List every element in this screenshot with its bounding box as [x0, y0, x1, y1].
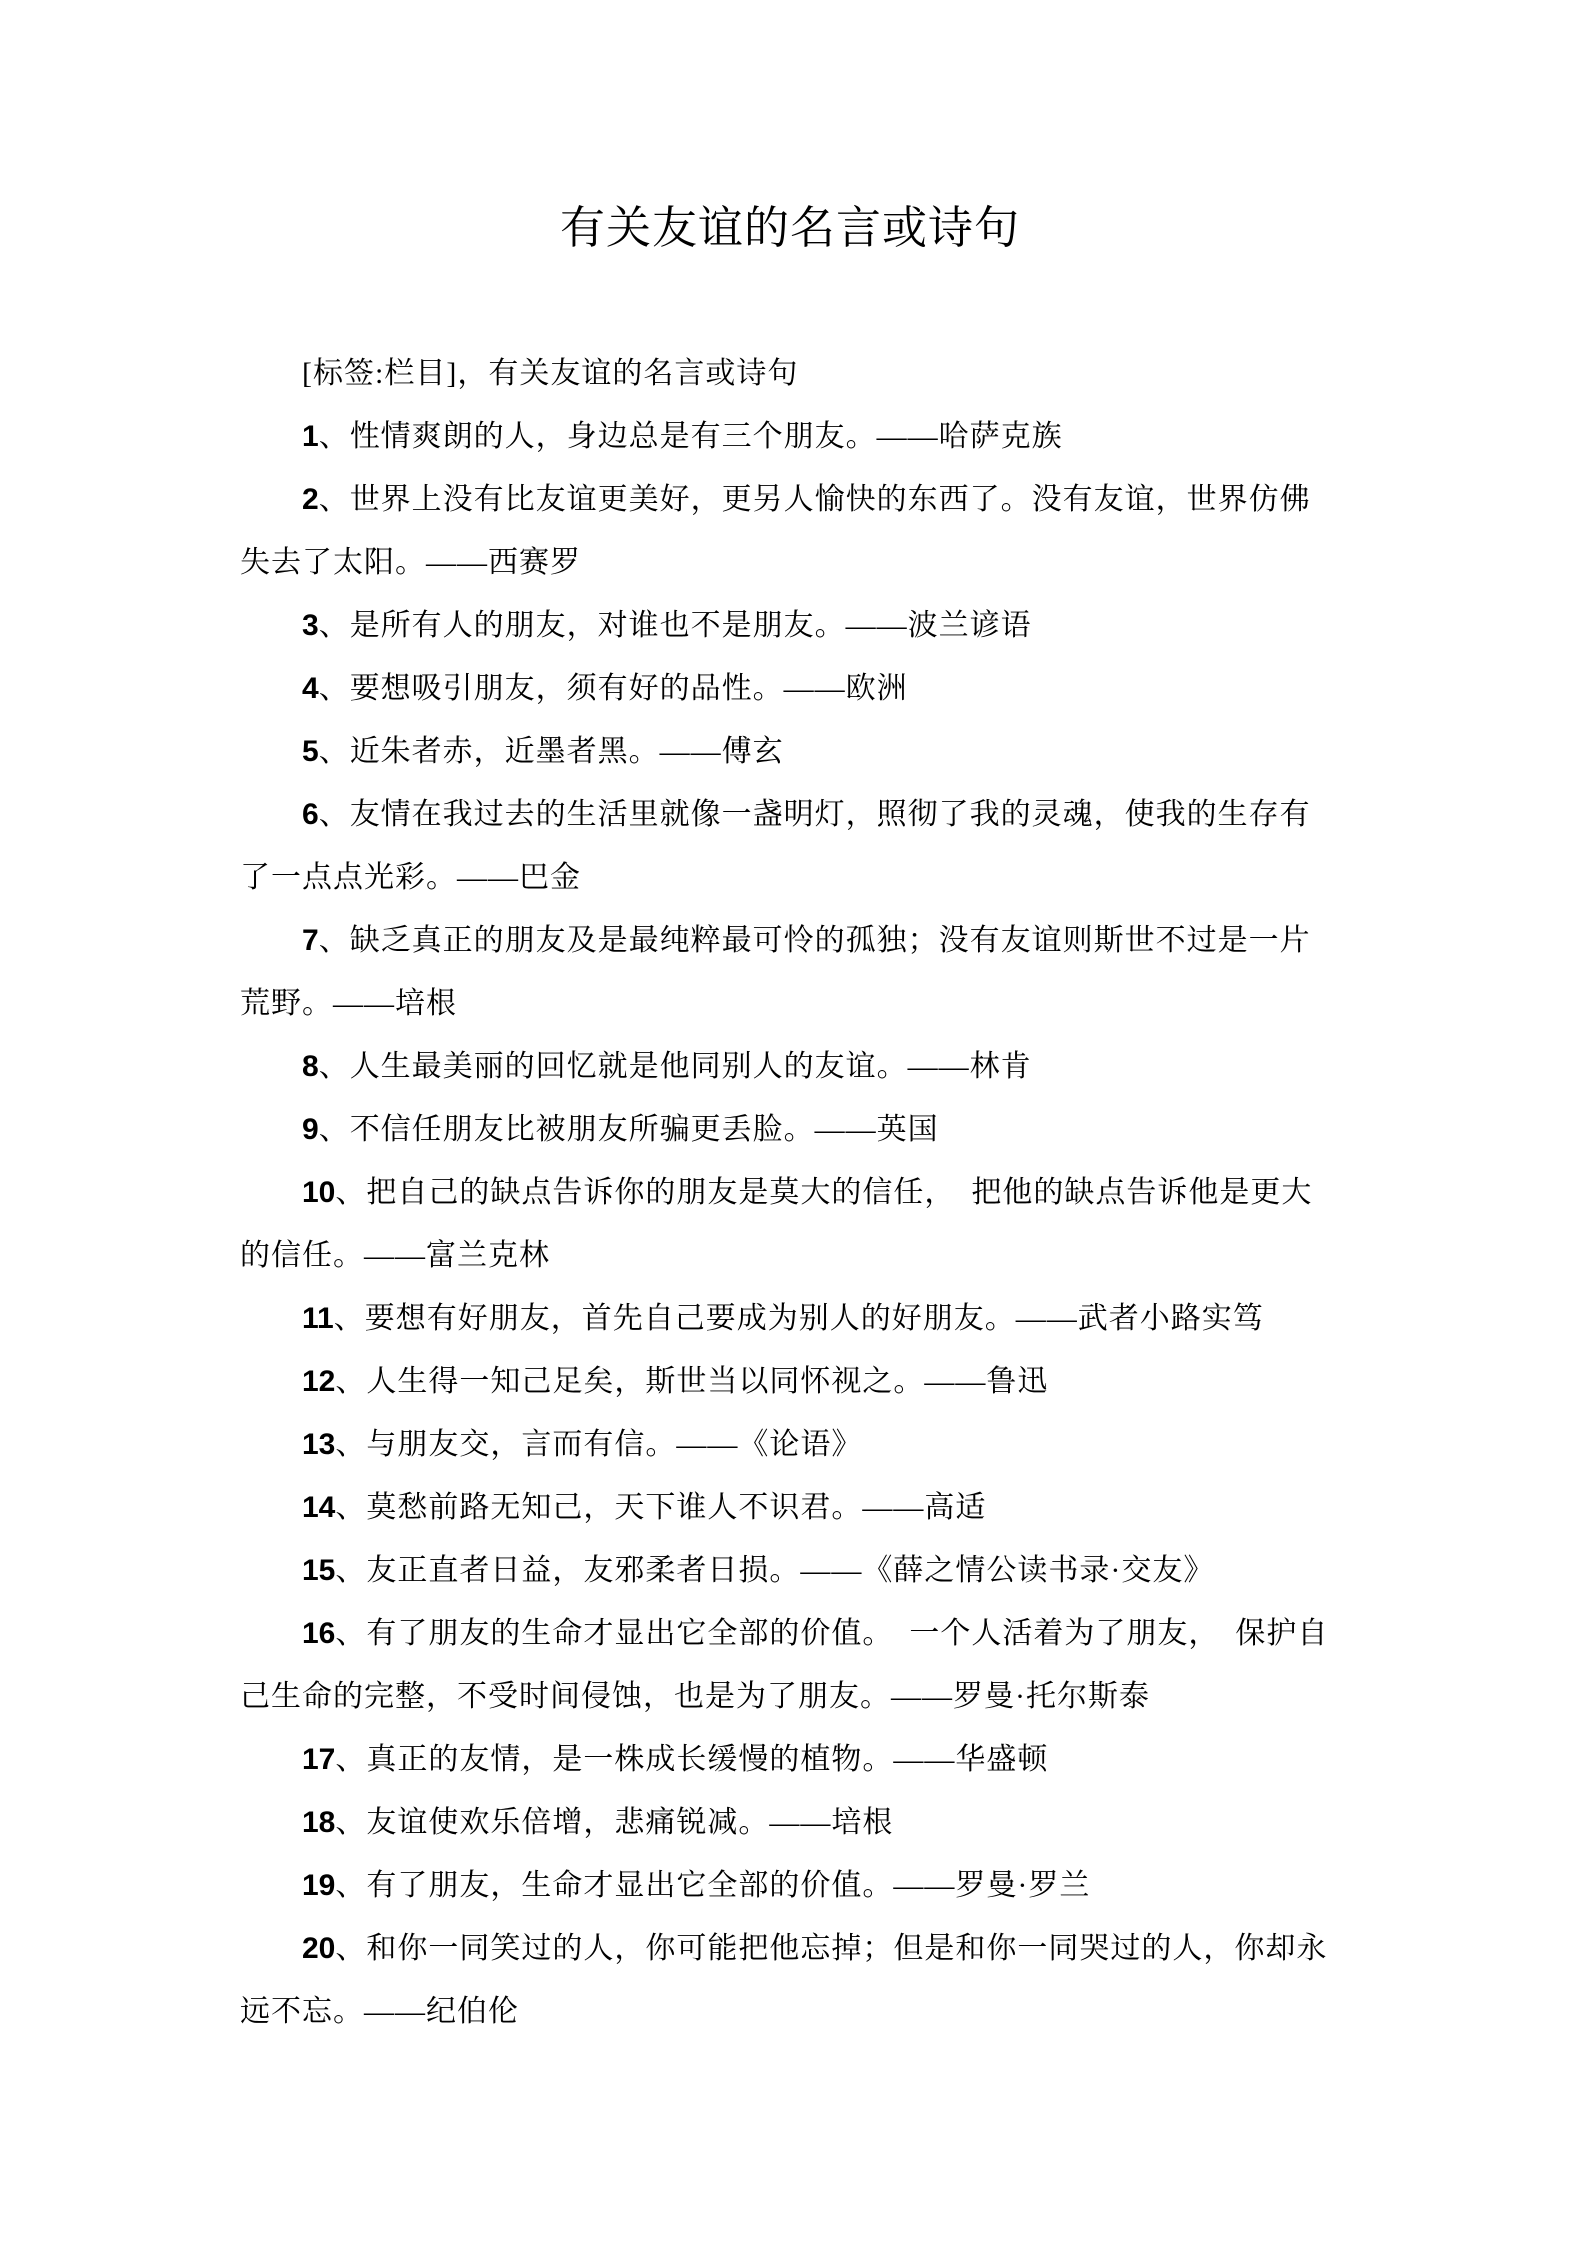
quote-number: 17: [302, 1743, 335, 1776]
quote-item: 5、近朱者赤，近墨者黑。——傅玄: [240, 720, 1340, 783]
quote-text: 真正的友情，是一株成长缓慢的植物。——华盛顿: [366, 1743, 1048, 1776]
quote-text: 是所有人的朋友，对谁也不是朋友。——波兰谚语: [350, 609, 1032, 642]
quote-separator: 、: [335, 1428, 366, 1461]
quote-item: 17、真正的友情，是一株成长缓慢的植物。——华盛顿: [240, 1728, 1340, 1791]
quote-number: 20: [302, 1932, 335, 1965]
quote-item: 10、把自己的缺点告诉你的朋友是莫大的信任， 把他的缺点告诉他是更大的信任。——…: [240, 1161, 1340, 1287]
quote-item: 19、有了朋友，生命才显出它全部的价值。——罗曼·罗兰: [240, 1854, 1340, 1917]
quote-text: 友情在我过去的生活里就像一盏明灯，照彻了我的灵魂，使我的生存有了一点点光彩。——…: [240, 798, 1311, 894]
quote-separator: 、: [335, 1491, 366, 1524]
quote-item: 9、不信任朋友比被朋友所骗更丢脸。——英国: [240, 1098, 1340, 1161]
document-body: 有关友谊的名言或诗句 [标签:栏目]，有关友谊的名言或诗句 1、性情爽朗的人，身…: [0, 0, 1594, 2043]
quote-text: 和你一同笑过的人，你可能把他忘掉；但是和你一同哭过的人，你却永远不忘。——纪伯伦: [240, 1932, 1327, 2028]
document-content: [标签:栏目]，有关友谊的名言或诗句 1、性情爽朗的人，身边总是有三个朋友。——…: [240, 342, 1340, 2043]
quote-separator: 、: [319, 672, 350, 705]
quote-number: 6: [302, 798, 319, 831]
quote-separator: 、: [335, 1176, 366, 1209]
quote-number: 19: [302, 1869, 335, 1902]
quote-item: 15、友正直者日益，友邪柔者日损。——《薛之情公读书录·交友》: [240, 1539, 1340, 1602]
quote-number: 5: [302, 735, 319, 768]
quote-list: 1、性情爽朗的人，身边总是有三个朋友。——哈萨克族 2、世界上没有比友谊更美好，…: [240, 405, 1340, 2043]
quote-number: 4: [302, 672, 319, 705]
quote-text: 有了朋友，生命才显出它全部的价值。——罗曼·罗兰: [366, 1869, 1090, 1902]
quote-separator: 、: [335, 1932, 366, 1965]
quote-separator: 、: [319, 420, 350, 453]
quote-text: 近朱者赤，近墨者黑。——傅玄: [350, 735, 784, 768]
quote-separator: 、: [335, 1869, 366, 1902]
quote-separator: 、: [335, 1743, 366, 1776]
quote-number: 12: [302, 1365, 335, 1398]
quote-item: 8、人生最美丽的回忆就是他同别人的友谊。——林肯: [240, 1035, 1340, 1098]
quote-item: 7、缺乏真正的朋友及是最纯粹最可怜的孤独；没有友谊则斯世不过是一片荒野。——培根: [240, 909, 1340, 1035]
quote-number: 2: [302, 483, 319, 516]
quote-separator: 、: [334, 1302, 365, 1335]
quote-item: 3、是所有人的朋友，对谁也不是朋友。——波兰谚语: [240, 594, 1340, 657]
quote-number: 3: [302, 609, 319, 642]
quote-number: 11: [302, 1302, 334, 1335]
quote-item: 18、友谊使欢乐倍增，悲痛锐减。——培根: [240, 1791, 1340, 1854]
quote-text: 性情爽朗的人，身边总是有三个朋友。——哈萨克族: [350, 420, 1063, 453]
quote-text: 有了朋友的生命才显出它全部的价值。 一个人活着为了朋友， 保护自己生命的完整，不…: [240, 1617, 1328, 1713]
quote-text: 莫愁前路无知己，天下谁人不识君。——高适: [366, 1491, 986, 1524]
quote-item: 12、人生得一知己足矣，斯世当以同怀视之。——鲁迅: [240, 1350, 1340, 1413]
quote-separator: 、: [319, 735, 350, 768]
quote-number: 16: [302, 1617, 335, 1650]
quote-item: 14、莫愁前路无知己，天下谁人不识君。——高适: [240, 1476, 1340, 1539]
quote-separator: 、: [319, 924, 350, 957]
quote-text: 友正直者日益，友邪柔者日损。——《薛之情公读书录·交友》: [366, 1554, 1214, 1587]
quote-text: 要想有好朋友，首先自己要成为别人的好朋友。——武者小路实笃: [365, 1302, 1264, 1335]
quote-item: 4、要想吸引朋友，须有好的品性。——欧洲: [240, 657, 1340, 720]
quote-item: 16、有了朋友的生命才显出它全部的价值。 一个人活着为了朋友， 保护自己生命的完…: [240, 1602, 1340, 1728]
tag-line: [标签:栏目]，有关友谊的名言或诗句: [240, 342, 1340, 405]
quote-text: 世界上没有比友谊更美好，更另人愉快的东西了。没有友谊，世界仿佛失去了太阳。——西…: [240, 483, 1311, 579]
quote-item: 20、和你一同笑过的人，你可能把他忘掉；但是和你一同哭过的人，你却永远不忘。——…: [240, 1917, 1340, 2043]
quote-number: 8: [302, 1050, 319, 1083]
quote-item: 2、世界上没有比友谊更美好，更另人愉快的东西了。没有友谊，世界仿佛失去了太阳。—…: [240, 468, 1340, 594]
quote-separator: 、: [335, 1806, 366, 1839]
quote-number: 7: [302, 924, 319, 957]
quote-separator: 、: [335, 1365, 366, 1398]
quote-number: 13: [302, 1428, 335, 1461]
quote-item: 1、性情爽朗的人，身边总是有三个朋友。——哈萨克族: [240, 405, 1340, 468]
quote-number: 9: [302, 1113, 319, 1146]
quote-number: 1: [302, 420, 319, 453]
quote-text: 人生最美丽的回忆就是他同别人的友谊。——林肯: [350, 1050, 1032, 1083]
document-page: 有关友谊的名言或诗句 [标签:栏目]，有关友谊的名言或诗句 1、性情爽朗的人，身…: [0, 0, 1594, 2255]
quote-text: 不信任朋友比被朋友所骗更丢脸。——英国: [350, 1113, 939, 1146]
quote-separator: 、: [319, 609, 350, 642]
quote-number: 14: [302, 1491, 335, 1524]
quote-item: 6、友情在我过去的生活里就像一盏明灯，照彻了我的灵魂，使我的生存有了一点点光彩。…: [240, 783, 1340, 909]
quote-separator: 、: [335, 1617, 366, 1650]
quote-separator: 、: [319, 483, 350, 516]
quote-number: 15: [302, 1554, 335, 1587]
quote-text: 与朋友交，言而有信。——《论语》: [366, 1428, 862, 1461]
quote-item: 13、与朋友交，言而有信。——《论语》: [240, 1413, 1340, 1476]
quote-text: 人生得一知己足矣，斯世当以同怀视之。——鲁迅: [366, 1365, 1048, 1398]
quote-text: 友谊使欢乐倍增，悲痛锐减。——培根: [366, 1806, 893, 1839]
quote-separator: 、: [335, 1554, 366, 1587]
quote-text: 要想吸引朋友，须有好的品性。——欧洲: [350, 672, 908, 705]
quote-separator: 、: [319, 1050, 350, 1083]
quote-separator: 、: [319, 798, 350, 831]
document-title: 有关友谊的名言或诗句: [240, 206, 1340, 251]
quote-separator: 、: [319, 1113, 350, 1146]
quote-item: 11、要想有好朋友，首先自己要成为别人的好朋友。——武者小路实笃: [240, 1287, 1340, 1350]
quote-number: 10: [302, 1176, 335, 1209]
quote-text: 缺乏真正的朋友及是最纯粹最可怜的孤独；没有友谊则斯世不过是一片荒野。——培根: [240, 924, 1311, 1020]
quote-number: 18: [302, 1806, 335, 1839]
quote-text: 把自己的缺点告诉你的朋友是莫大的信任， 把他的缺点告诉他是更大的信任。——富兰克…: [240, 1176, 1312, 1272]
